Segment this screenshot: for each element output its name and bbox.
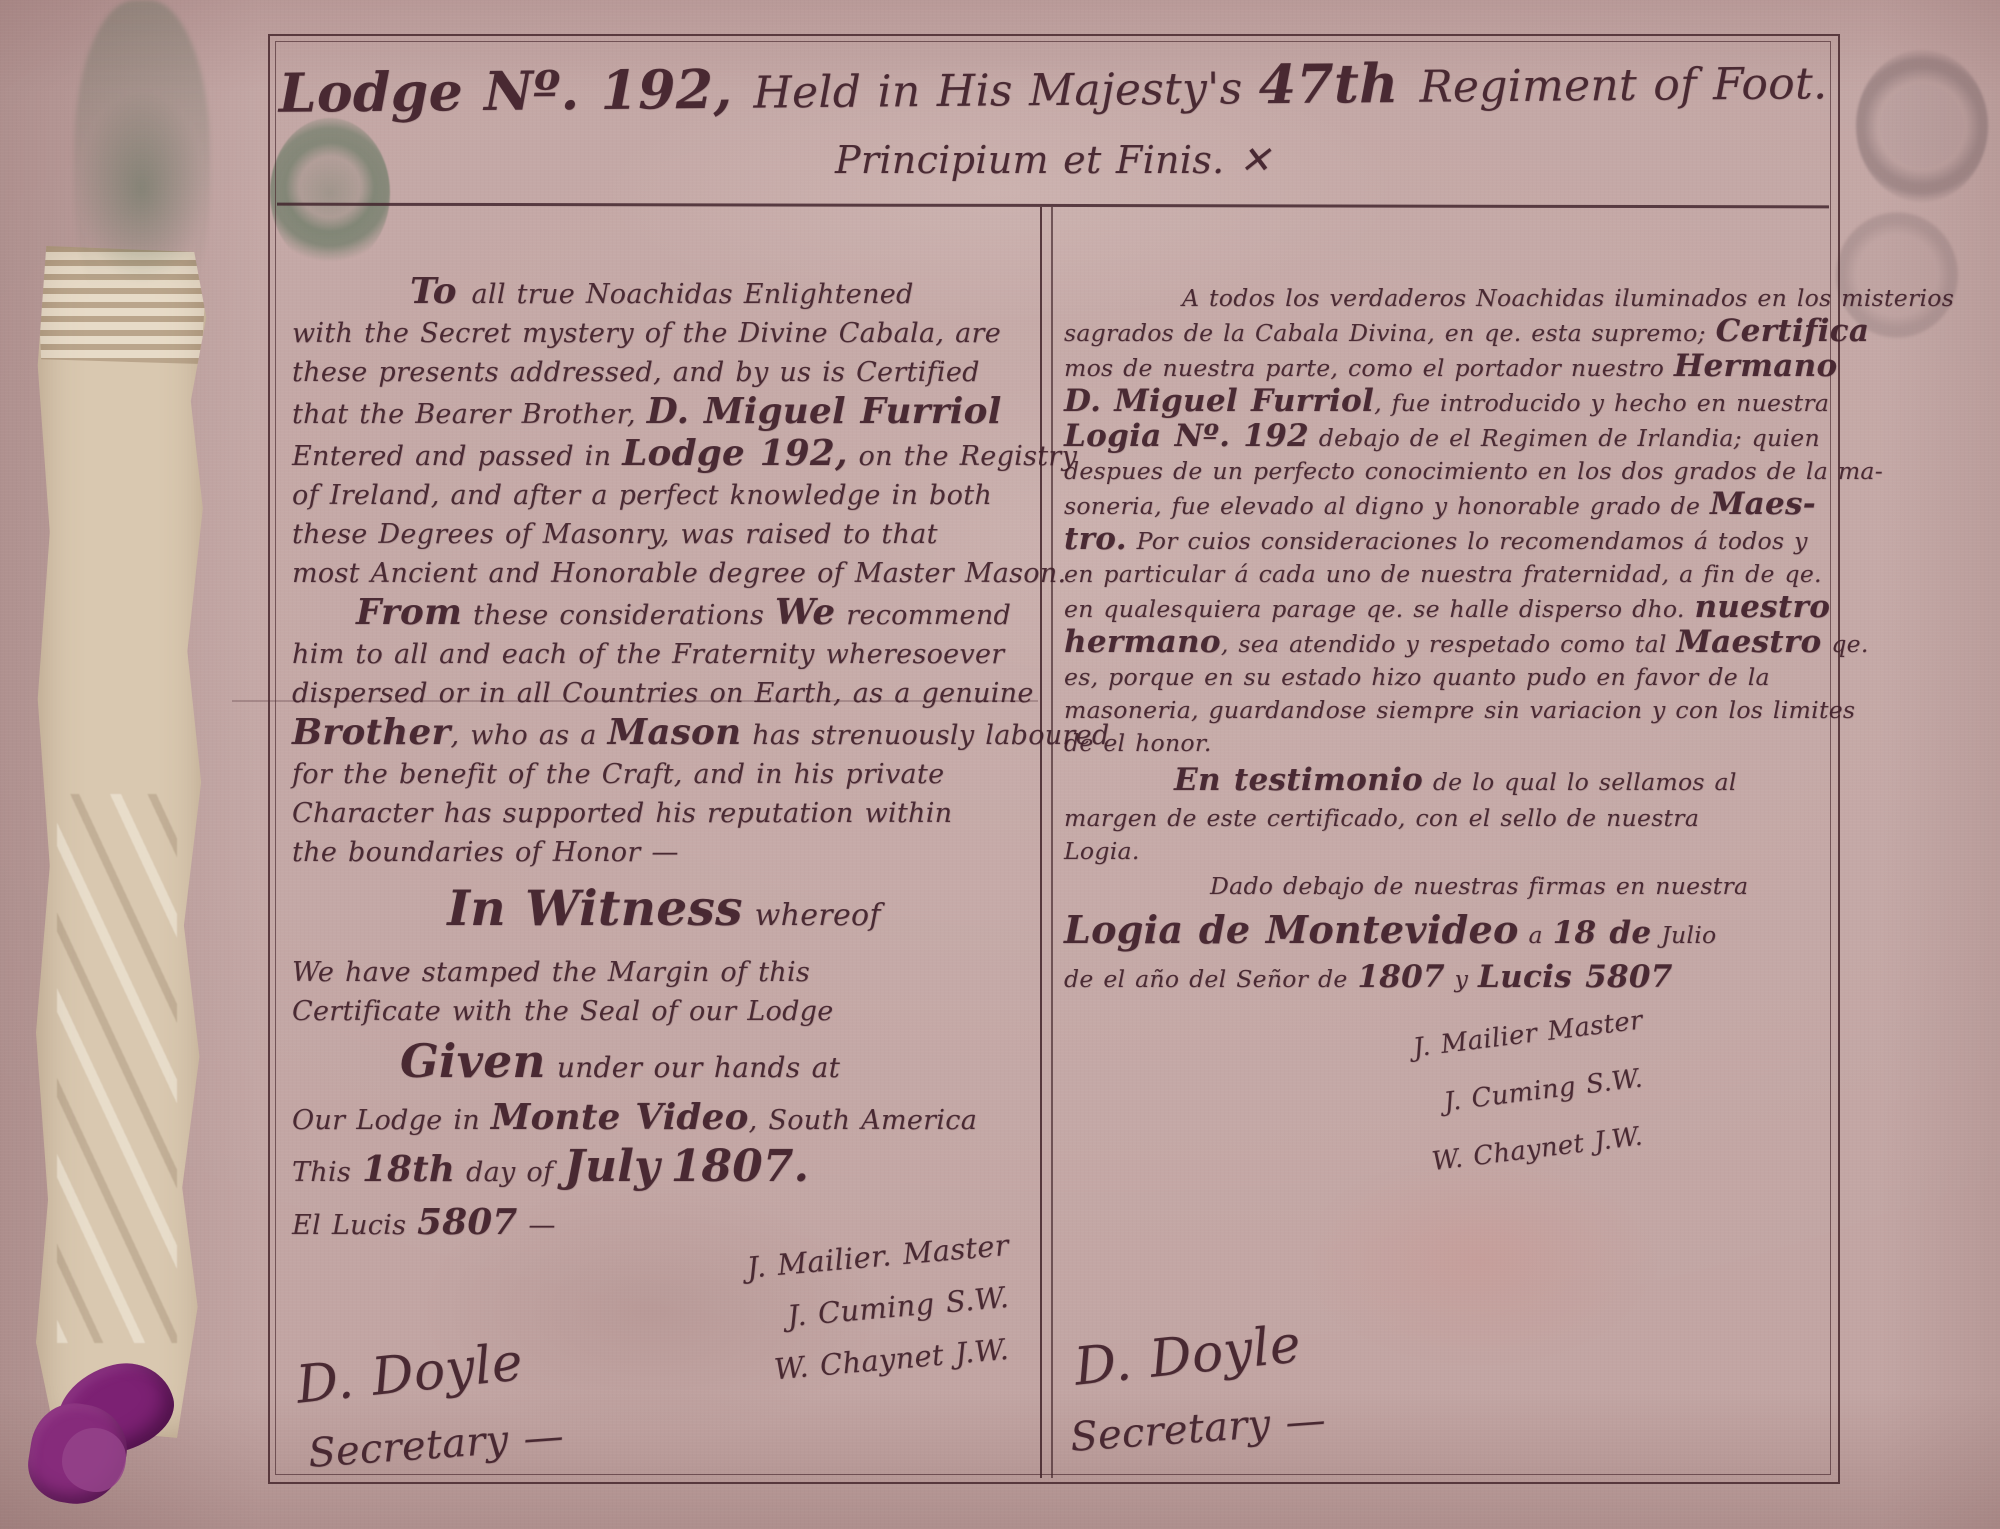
handwritten-line: of Ireland, and after a perfect knowledg… [292, 476, 1036, 515]
wax-seal [28, 1364, 188, 1512]
text-segment: has strenuously laboured [741, 720, 1109, 751]
handwritten-line: these Degrees of Masonry, was raised to … [292, 515, 1036, 554]
text-segment: that the Bearer Brother, [292, 399, 647, 430]
text-segment: To [410, 271, 472, 312]
text-segment: Maes- [1710, 486, 1816, 522]
spanish-text-column: A todos los verdaderos Noachidas ilumina… [1064, 282, 1820, 1190]
text-segment: of Ireland, and after a perfect knowledg… [292, 480, 992, 511]
text-segment: en particular á cada uno de nuestra frat… [1064, 560, 1822, 588]
text-segment: Certificate with the Seal of our Lodge [292, 996, 834, 1027]
handwritten-line: Dado debajo de nuestras firmas en nuestr… [1064, 868, 1820, 904]
text-segment [660, 1157, 671, 1188]
text-segment: es, porque en su estado hizo quanto pudo… [1064, 663, 1770, 691]
text-segment: Monte Video [491, 1097, 749, 1138]
text-segment: 1807. [671, 1141, 809, 1192]
handwritten-line: for the benefit of the Craft, and in his… [292, 755, 1036, 794]
handwritten-line: Certificate with the Seal of our Lodge [292, 992, 1036, 1031]
handwritten-line: es, porque en su estado hizo quanto pudo… [1064, 661, 1820, 694]
handwritten-line: soneria, fue elevado al digno y honorabl… [1064, 488, 1820, 523]
text-segment: A [1182, 284, 1209, 312]
handwritten-line: tro. Por cuios consideraciones lo recome… [1064, 523, 1820, 558]
text-segment: masoneria, guardandose siempre sin varia… [1064, 696, 1855, 724]
text-segment: , South America [749, 1105, 977, 1136]
handwritten-line: We have stamped the Margin of this [292, 953, 1036, 992]
text-segment: 5807 [417, 1202, 517, 1243]
text-segment: W. Chaynet J.W. [773, 1332, 1011, 1386]
text-segment: 18th [362, 1149, 455, 1190]
text-segment: de el honor. [1064, 729, 1212, 757]
text-segment: D. Miguel Furriol [1064, 383, 1374, 419]
text-segment: , fue introducido y hecho en nuestra [1374, 389, 1829, 417]
green-ink-smear [74, 0, 210, 336]
text-segment: de lo qual lo sellamos al [1423, 768, 1737, 796]
text-segment: recommend [835, 600, 1011, 631]
column-divider-rule [1040, 207, 1053, 1478]
text-segment: todos los verdaderos Noachidas iluminado… [1209, 284, 1954, 312]
handwritten-line: Given under our hands at [292, 1031, 1036, 1098]
handwritten-line: To all true Noachidas Enlightened [292, 272, 1036, 314]
text-segment: We [775, 592, 835, 633]
text-segment: despues de un perfecto conocimiento en l… [1064, 457, 1883, 485]
text-segment: D. Miguel Furriol [647, 391, 1002, 432]
text-segment: El Lucis [292, 1210, 417, 1241]
text-segment: In Witness [447, 880, 743, 937]
english-text-column: To all true Noachidas Enlightenedwith th… [292, 272, 1036, 1405]
text-segment: on the Registry [848, 441, 1078, 472]
handwritten-line: D. Miguel Furriol, fue introducido y hec… [1064, 385, 1820, 420]
handwritten-line: these presents addressed, and by us is C… [292, 353, 1036, 392]
text-segment: nuestro [1694, 589, 1830, 625]
faint-circular-stamp [1856, 50, 1988, 202]
handwritten-line: hermano, sea atendido y respetado como t… [1064, 626, 1820, 661]
text-segment: a [1519, 921, 1553, 949]
text-segment: qe. [1822, 630, 1869, 658]
text-segment: these presents addressed, and by us is C… [292, 357, 980, 388]
handwritten-line: mos de nuestra parte, como el portador n… [1064, 350, 1820, 385]
handwritten-line: margen de este certificado, con el sello… [1064, 802, 1820, 835]
text-segment: Character has supported his reputation w… [292, 798, 952, 829]
handwritten-line: This 18th day of July 1807. [292, 1140, 1036, 1200]
text-segment: debajo de el Regimen de Irlandia; quien [1309, 424, 1820, 452]
handwritten-line: en particular á cada uno de nuestra frat… [1064, 558, 1820, 591]
handwritten-line: Logia Nº. 192 debajo de el Regimen de Ir… [1064, 420, 1820, 455]
lodge-motto: Principium et Finis. ✕ [277, 130, 1829, 190]
wax-seal-blob [62, 1428, 126, 1492]
text-segment: 18 de [1553, 915, 1652, 951]
text-segment: most Ancient and Honorable degree of Mas… [292, 558, 1066, 589]
text-segment: This [292, 1157, 362, 1188]
text-segment: 1807 [1357, 959, 1445, 995]
handwritten-line: En testimonio de lo qual lo sellamos al [1064, 760, 1820, 802]
handwritten-line: with the Secret mystery of the Divine Ca… [292, 314, 1036, 353]
handwritten-line: Our Lodge in Monte Video, South America [292, 1098, 1036, 1140]
text-segment: Principium et Finis. [835, 138, 1224, 182]
handwritten-line: de el honor. [1064, 727, 1820, 760]
text-segment: the boundaries of Honor — [292, 837, 679, 868]
handwritten-line: In Witness whereof [292, 872, 1036, 953]
handwritten-line: en qualesquiera parage qe. se halle disp… [1064, 591, 1820, 626]
handwritten-line: the boundaries of Honor — [292, 833, 1036, 872]
handwritten-line: Logia. [1064, 835, 1820, 868]
handwritten-line: him to all and each of the Fraternity wh… [292, 635, 1036, 674]
handwritten-line: Character has supported his reputation w… [292, 794, 1036, 833]
text-segment: — [518, 1210, 556, 1241]
text-segment: tro. [1064, 521, 1127, 557]
text-segment: Mason [608, 712, 742, 753]
handwritten-line: masoneria, guardandose siempre sin varia… [1064, 694, 1820, 727]
text-segment: Logia. [1064, 837, 1140, 865]
text-segment: Entered and passed in [292, 441, 622, 472]
text-segment: these Degrees of Masonry, was raised to … [292, 519, 938, 550]
text-segment: Lodge 192, [622, 433, 847, 474]
certificate-scan: { "page": { "paper_color": "#c2a5a3", "i… [0, 0, 2000, 1529]
text-segment: Held in His Majesty's [753, 63, 1259, 118]
text-segment: 47th [1258, 52, 1419, 116]
text-segment: En testimonio [1174, 762, 1423, 798]
text-segment: day of [455, 1157, 564, 1188]
text-segment: Regiment of Foot. [1419, 58, 1827, 113]
handwritten-line: A todos los verdaderos Noachidas ilumina… [1064, 282, 1820, 315]
text-segment: whereof [743, 898, 881, 933]
text-segment: margen de este certificado, con el sello… [1064, 804, 1699, 832]
text-segment: Lucis 5807 [1478, 959, 1673, 995]
text-segment: Given [400, 1034, 546, 1088]
text-segment: for the benefit of the Craft, and in his… [292, 759, 944, 790]
text-segment: Por cuios consideraciones lo recomendamo… [1127, 527, 1808, 555]
text-segment: Brother [292, 712, 451, 753]
binding-crumple-texture [57, 794, 177, 1342]
text-segment: Julio [1651, 921, 1716, 949]
text-segment: sagrados de la Cabala Divina, en qe. est… [1064, 319, 1716, 347]
text-segment: Lodge Nº. 192, [278, 58, 753, 125]
lodge-title: Lodge Nº. 192, Held in His Majesty's 47t… [277, 41, 1830, 137]
handwritten-line: Brother, who as a Mason has strenuously … [292, 713, 1036, 755]
text-segment: Hermano [1674, 348, 1838, 384]
text-segment: all true Noachidas Enlightened [472, 279, 914, 310]
text-segment: with the Secret mystery of the Divine Ca… [292, 318, 1001, 349]
header-title-block: Lodge Nº. 192, Held in His Majesty's 47t… [277, 48, 1829, 190]
handwritten-line: Entered and passed in Lodge 192, on the … [292, 434, 1036, 476]
text-segment: From [356, 592, 462, 633]
handwritten-line: From these considerations We recommend [292, 593, 1036, 635]
text-segment: dispersed or in all Countries on Earth, … [292, 678, 1034, 709]
handwritten-line: despues de un perfecto conocimiento en l… [1064, 455, 1820, 488]
text-segment: J. Cuming S.W. [1442, 1063, 1644, 1117]
cloth-binding-strip [36, 246, 208, 1438]
text-segment: mos de nuestra parte, como el portador n… [1064, 354, 1674, 382]
text-segment: Dado debajo de nuestras firmas en nuestr… [1210, 872, 1748, 900]
text-segment: hermano [1064, 624, 1221, 660]
text-segment: , who as a [451, 720, 608, 751]
text-segment: ✕ [1224, 138, 1271, 182]
text-segment: y [1445, 965, 1478, 993]
text-segment: him to all and each of the Fraternity wh… [292, 639, 1004, 670]
text-segment: soneria, fue elevado al digno y honorabl… [1064, 492, 1710, 520]
text-segment: these considerations [462, 600, 775, 631]
text-segment: We have stamped the Margin of this [292, 957, 810, 988]
text-segment: Maestro [1676, 624, 1821, 660]
handwritten-line: Logia de Montevideo a 18 de Julio [1064, 904, 1820, 961]
text-segment: July [564, 1141, 660, 1192]
text-segment: under our hands at [546, 1051, 841, 1084]
text-segment: W. Chaynet J.W. [1430, 1121, 1644, 1177]
text-segment: Logia de Montevideo [1064, 907, 1519, 952]
handwritten-line: sagrados de la Cabala Divina, en qe. est… [1064, 315, 1820, 350]
text-segment: Logia Nº. 192 [1064, 418, 1309, 454]
text-segment: Our Lodge in [292, 1105, 491, 1136]
handwritten-line: most Ancient and Honorable degree of Mas… [292, 554, 1036, 593]
text-segment: Certifica [1716, 313, 1870, 349]
handwritten-line: that the Bearer Brother, D. Miguel Furri… [292, 392, 1036, 434]
text-segment: de el año del Señor de [1064, 965, 1357, 993]
text-segment: , sea atendido y respetado como tal [1221, 630, 1677, 658]
handwritten-line: dispersed or in all Countries on Earth, … [292, 674, 1036, 713]
text-segment: en qualesquiera parage qe. se halle disp… [1064, 595, 1694, 623]
